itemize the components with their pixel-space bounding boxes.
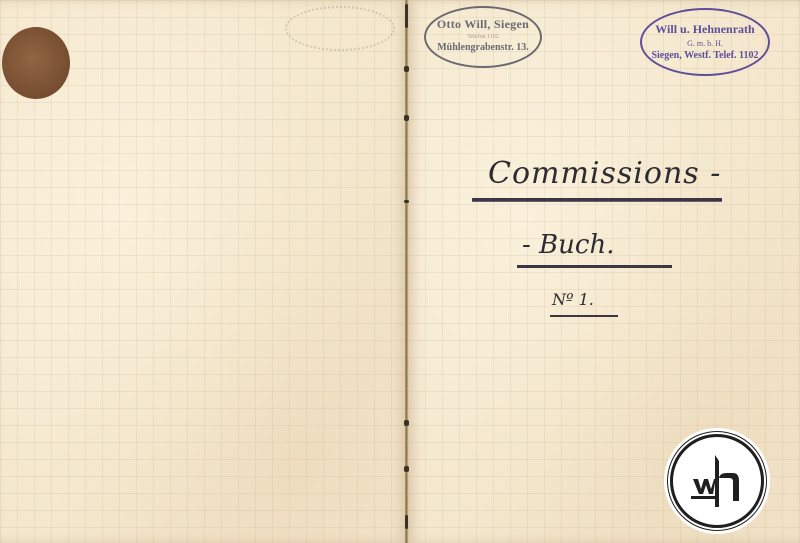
wax-seal-icon [2, 27, 70, 99]
stamp-will-hehnenrath: Will u. Hehnenrath G. m. b. H. Siegen, W… [640, 8, 770, 76]
handwritten-title-line-1: Commissions - [488, 156, 721, 191]
stitch-mark [404, 200, 409, 203]
faded-stamp: illegible faded stamp [285, 6, 395, 51]
stitch-mark [405, 515, 408, 529]
stitch-mark [404, 420, 409, 426]
title-underline [472, 198, 722, 202]
wh-logo [664, 428, 770, 534]
stitch-mark [405, 4, 408, 28]
number-underline [550, 315, 618, 317]
stitch-mark [404, 466, 409, 472]
left-page: illegible faded stamp [0, 0, 407, 543]
stamp-otto-will: Otto Will, Siegen Telefon 1102 Mühlengra… [424, 6, 542, 68]
wh-monogram-glyph [685, 449, 749, 513]
title-underline [517, 265, 672, 268]
book-spine [405, 0, 408, 543]
wh-monogram-icon [670, 434, 764, 528]
stitch-mark [404, 66, 409, 72]
stitch-mark [404, 115, 409, 121]
stamp-border [424, 6, 542, 68]
handwritten-number: Nº 1. [552, 290, 594, 309]
stamp-border [640, 8, 770, 76]
handwritten-title-line-2: - Buch. [522, 230, 614, 260]
